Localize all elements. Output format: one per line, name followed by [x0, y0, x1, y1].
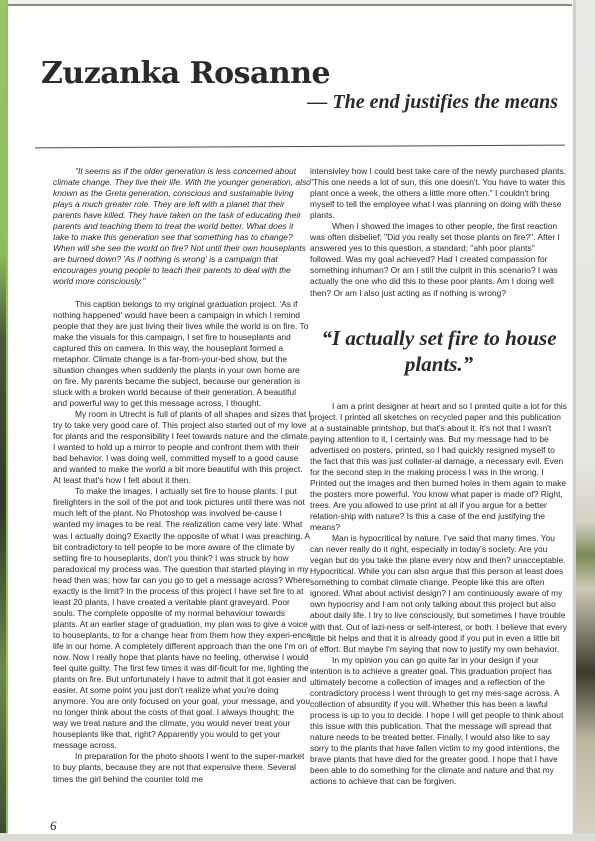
paragraph: My room in Utrecht is full of plants of …	[53, 409, 311, 486]
paragraph: When I showed the images to other people…	[310, 221, 568, 298]
intro-quote: "It seems as if the older generation is …	[53, 166, 311, 288]
right-column: intensivley how I could best take care o…	[310, 166, 568, 787]
paragraph: This caption belongs to my original grad…	[53, 299, 311, 409]
paragraph: intensivley how I could best take care o…	[310, 166, 568, 221]
adjacent-page-edge-left	[0, 0, 8, 841]
paragraph: In my opinion you can go quite far in yo…	[310, 655, 568, 788]
left-column: "It seems as if the older generation is …	[53, 166, 311, 785]
paragraph: I am a print designer at heart and so I …	[310, 401, 568, 534]
article-subtitle: — The end justifies the means	[307, 91, 558, 114]
header-divider	[35, 145, 565, 149]
page-number: 6	[50, 818, 57, 834]
paragraph: In preparation for the photo shoots I we…	[53, 751, 311, 784]
paragraph: Man is hypocritical by nature. I've said…	[310, 533, 568, 655]
scan-bottom-edge	[0, 833, 595, 841]
pull-quote: “I actually set fire to house plants.”	[310, 325, 568, 377]
magazine-page: Zuzanka Rosanne — The end justifies the …	[8, 4, 572, 834]
paragraph: To make the images, I actually set fire …	[53, 486, 311, 751]
author-title: Zuzanka Rosanne	[41, 56, 330, 91]
adjacent-page-edge-right	[573, 0, 595, 841]
